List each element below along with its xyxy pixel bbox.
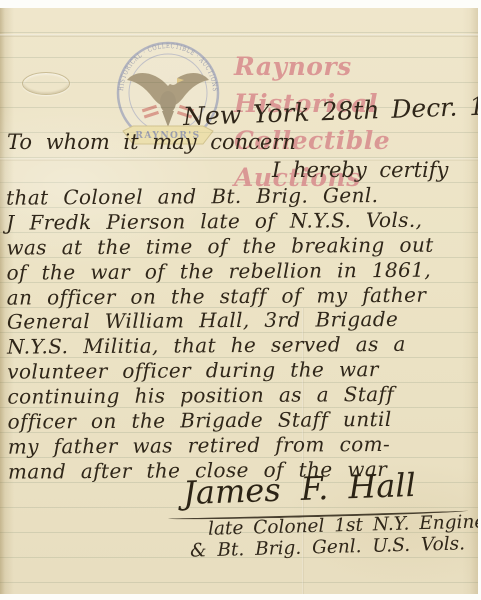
salutation: To whom it may concern [7,130,296,154]
handwriting-line: J Fredk Pierson late of N.Y.S. Vols., [6,207,473,235]
letter-paper: HISTORICAL · COLLECTIBLE · AUCTIONS [0,8,478,594]
handwriting-line: of the war of the rebellion in 1861, [6,257,473,285]
letter-body: that Colonel and Bt. Brig. Genl.J Fredk … [6,182,475,484]
handwriting-line: was at the time of the breaking out [6,232,473,260]
handwriting-line: my father was retired from com- [8,431,475,459]
handwriting-line: an officer on the staff of my father [7,282,474,310]
opening-phrase: I hereby certify [272,158,448,182]
handwriting-line: N.Y.S. Militia, that he served as a [7,332,474,360]
embossed-seal [22,72,70,95]
scanned-letter: HISTORICAL · COLLECTIBLE · AUCTIONS [0,0,481,600]
handwriting-line: volunteer officer during the war [7,357,474,385]
handwriting-line: General William Hall, 3rd Brigade [7,307,474,335]
handwriting-line: officer on the Brigade Staff until [8,406,475,434]
handwriting-line: that Colonel and Bt. Brig. Genl. [6,182,473,210]
paper-crease [0,34,478,37]
handwriting-line: continuing his position as a Staff [7,381,474,409]
signature: James F. Hall [182,466,416,512]
